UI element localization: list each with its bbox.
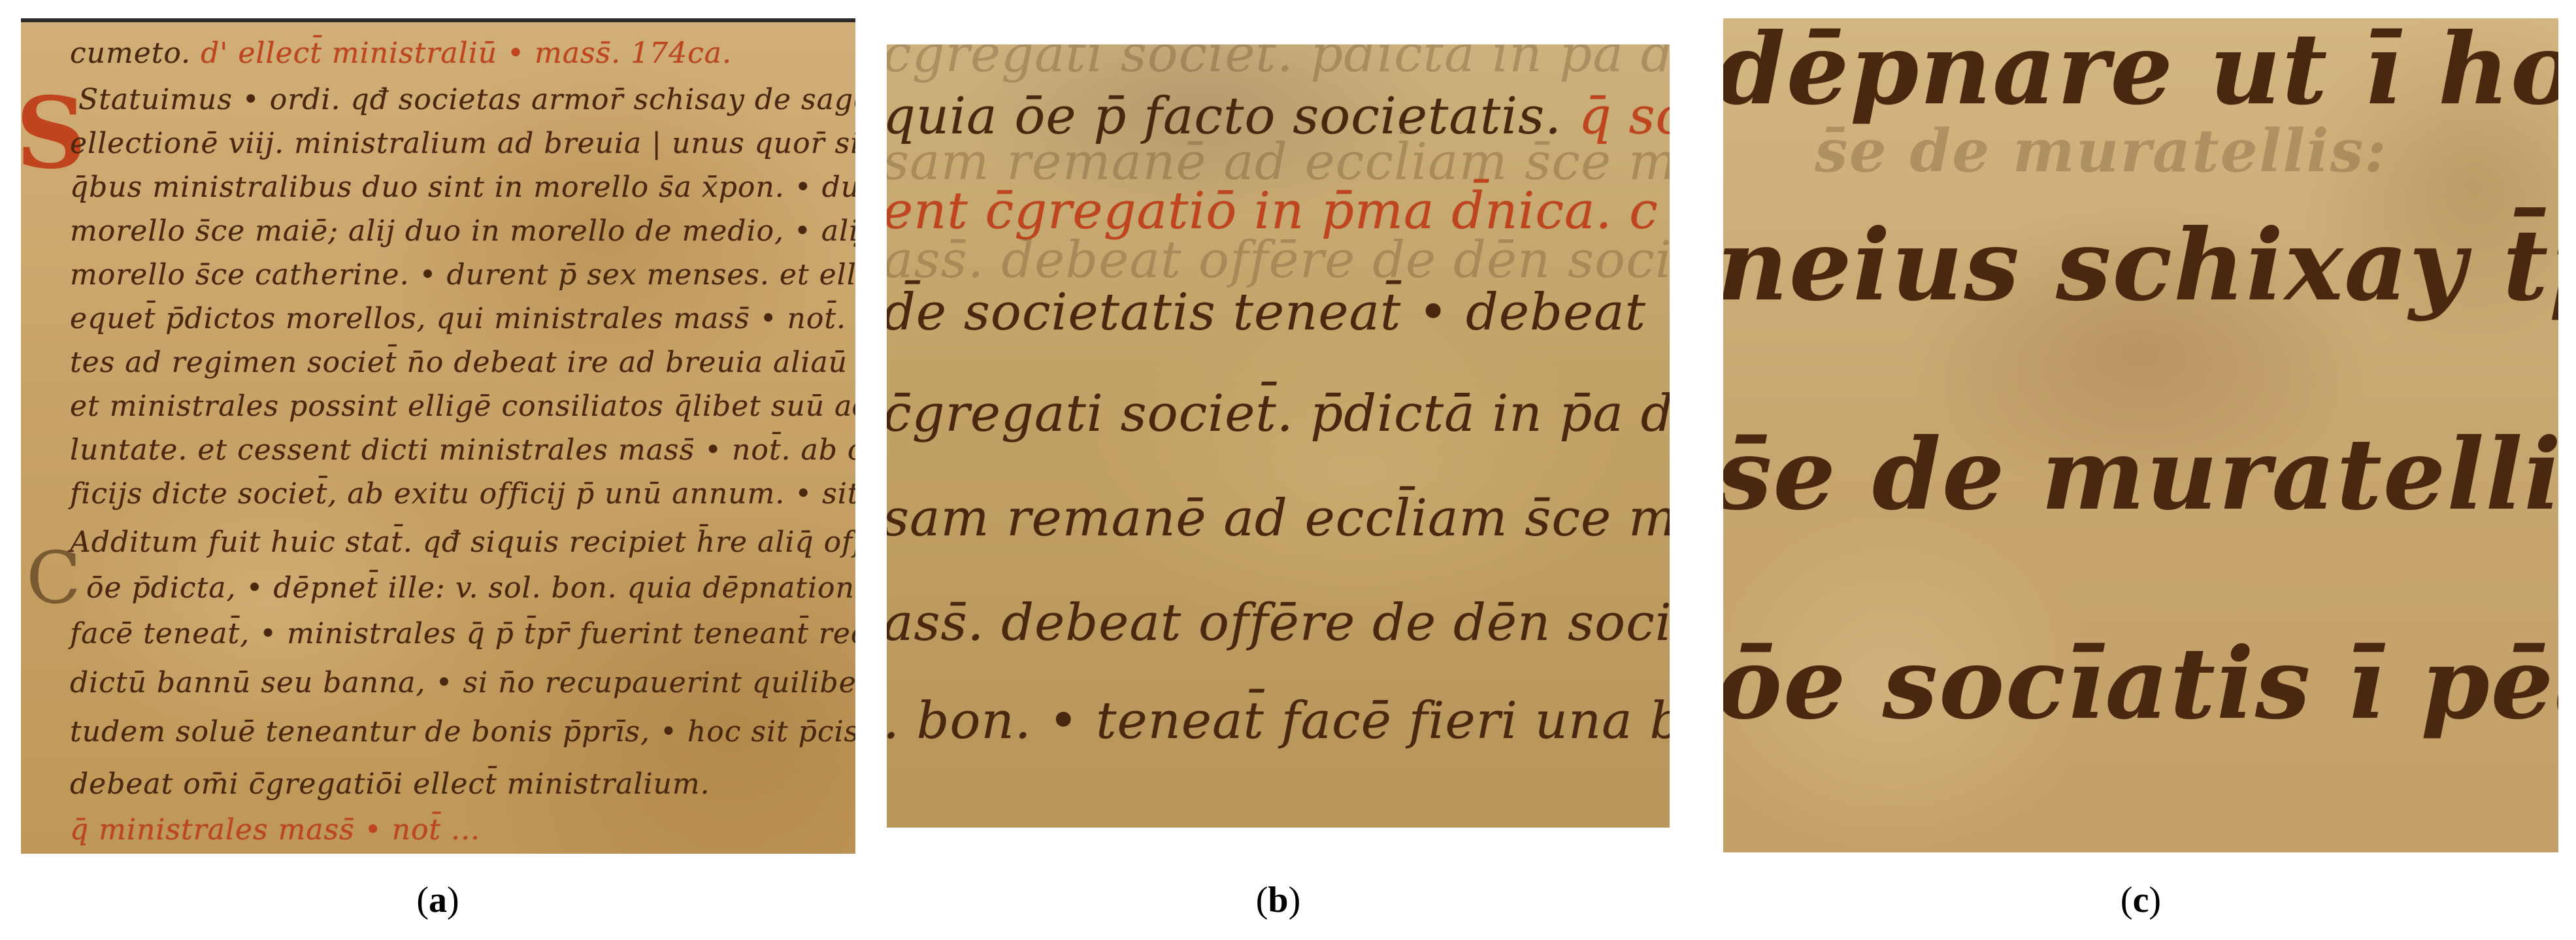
manuscript-line: . bon. • teneat̄ facē fieri una b (887, 692, 1670, 750)
manuscript-line: d̄e societatis teneat̄ • debeat (887, 283, 1646, 342)
manuscript-line: ficijs dicte societ̄, ab exitu officij p… (70, 477, 855, 511)
manuscript-line: morello s̄ce catherine. • durent p̄ sex … (70, 258, 855, 292)
manuscript-line: ass̄. debeat offēre de dēn societatis (887, 594, 1670, 652)
manuscript-photo-panel-c: dēpnare ut ī hoc s̄e de muratellis: ne… (1723, 18, 2558, 852)
manuscript-line: s̄e de muratellis: (1723, 417, 2558, 532)
manuscript-line: sam remanē ad eccl̄iam s̄ce ma (887, 489, 1670, 548)
manuscript-line: neius schixay t̄pr̄ (1723, 208, 2558, 323)
caption-panel-c: (c) (2121, 879, 2161, 921)
manuscript-line: dictū bannū seu banna, • si n̄o recupa… (70, 666, 855, 699)
caption-panel-b: (b) (1256, 879, 1300, 921)
manuscript-line: ellectionē viij. ministralium ad breuia… (70, 127, 855, 160)
manuscript-line: cumeto. d' ellect̄ ministraliū • mass̄.… (70, 37, 732, 70)
manuscript-line: luntate. et cessent dicti ministrales ma… (70, 433, 855, 467)
manuscript-line: c̄gregati societ̄. p̄dictā in p̄a du (887, 384, 1670, 443)
caption-panel-a: (a) (416, 879, 459, 921)
manuscript-line: morello s̄ce maiē; alij duo in morello … (70, 214, 855, 248)
manuscript-line: facē teneat̄, • ministrales q̄ p̄ t̄pr̄… (70, 617, 855, 650)
bleed-through-text: ass̄. debeat offēre de dēn societatis (887, 231, 1670, 290)
manuscript-photo-panel-a: S C cumeto. d' ellect̄ ministraliū • ma… (21, 18, 855, 854)
manuscript-line: et ministrales possint elligē consiliat… (70, 390, 855, 423)
bleed-through-text: s̄e de muratellis: (1815, 116, 2387, 186)
manuscript-line: ōe p̄dicta, • dēpnet̄ ille: v. sol. bo… (86, 571, 855, 605)
manuscript-line: Statuimus • ordi. qđ societas armor̄ sch… (78, 83, 855, 116)
bleed-through-text: c̄gregati societ̄. p̄dictā in p̄a du (887, 44, 1670, 84)
manuscript-line: dēpnare ut ī hoc (1723, 18, 2558, 127)
manuscript-line: tudem soluē teneantur de bonis p̄prīs,… (70, 715, 855, 748)
rubric-line: q̄ ministrales mass̄ • not̄ ... (70, 813, 480, 847)
manuscript-photo-panel-b: c̄gregati societ̄. p̄dictā in p̄a du qu… (887, 44, 1670, 828)
manuscript-line: ōe socīatis ī pēa n (1723, 626, 2558, 741)
manuscript-line: q̄bus ministralibus duo sint in morello … (70, 171, 855, 204)
manuscript-line: debeat om̄i c̄gregatiōi ellect̄ ministr… (70, 767, 710, 801)
rubric-text: d' ellect̄ ministraliū • mass̄. 174ca. (201, 37, 732, 70)
manuscript-line: tes ad regimen societ̄ n̄o debeat ire ad… (70, 346, 855, 379)
manuscript-line: Additum fuit huic stat̄. qđ siquis recip… (70, 526, 855, 559)
manuscript-line: equet̄ p̄dictos morellos, qui ministrale… (70, 302, 855, 335)
